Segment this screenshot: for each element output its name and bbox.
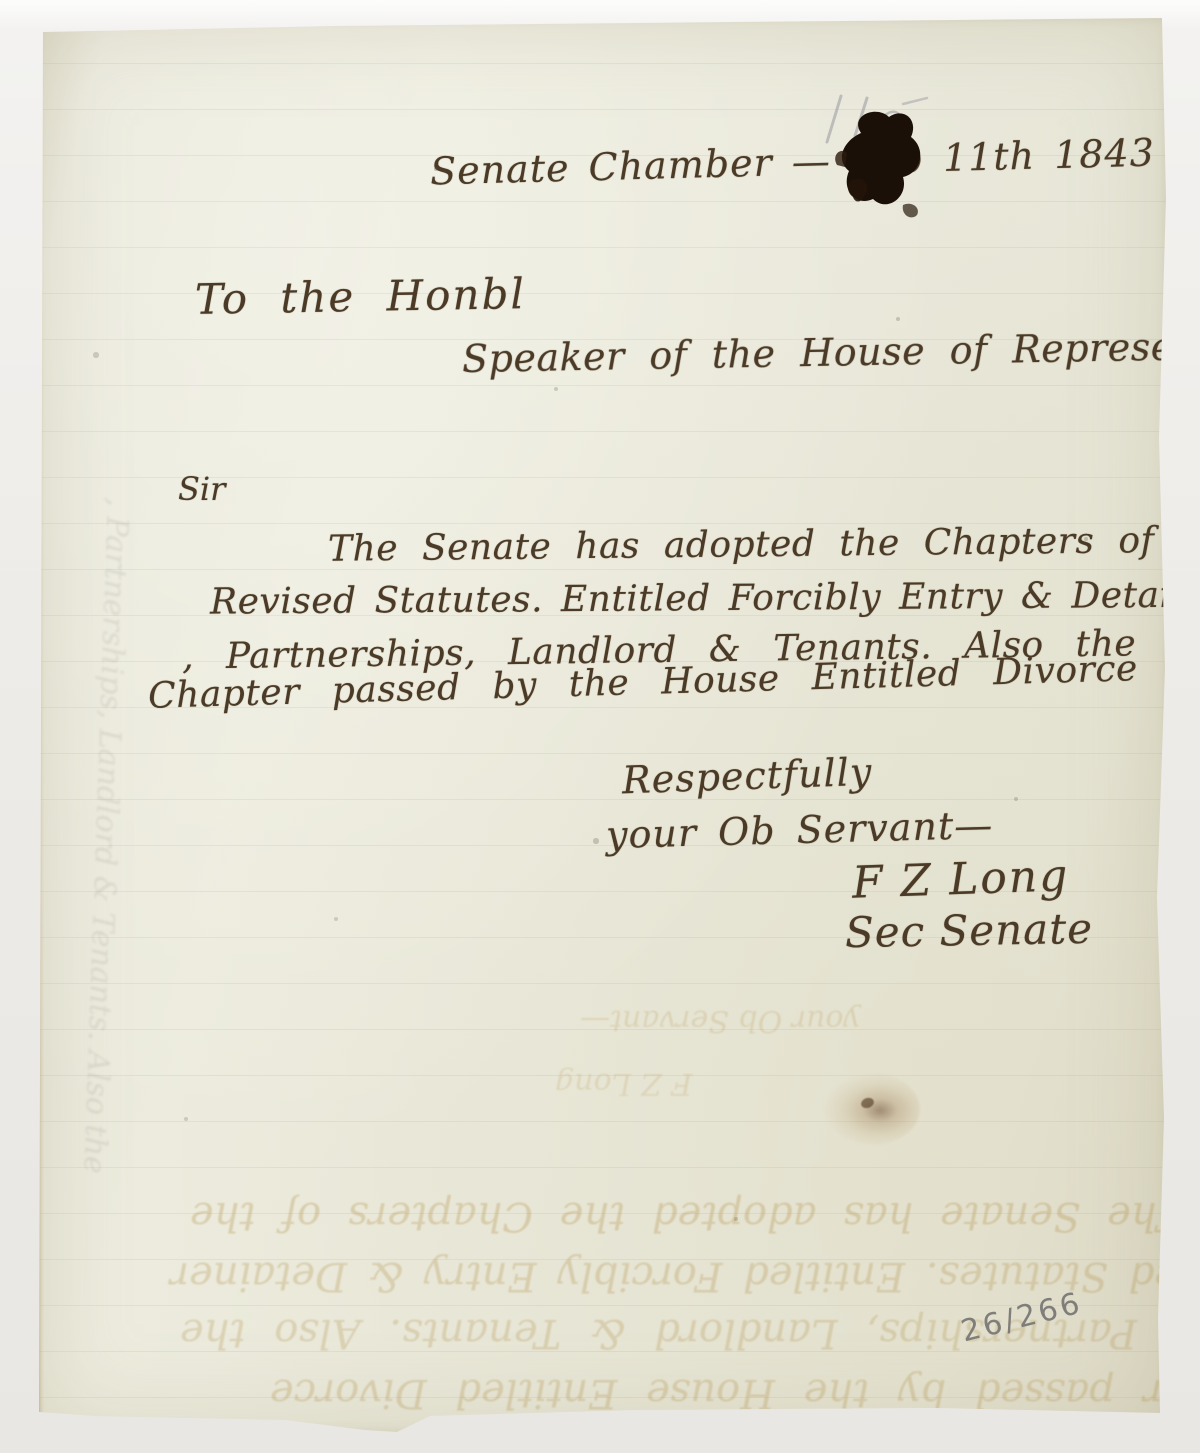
body-line: Revised Statutes. Entitled Forcibly Entr… <box>210 574 1200 622</box>
signature: F Z Long <box>851 850 1070 909</box>
bleedthrough-line: Chapter passed by the House Entitled Div… <box>270 1370 1200 1416</box>
addressee-title: Speaker of the House of Representa— <box>462 323 1200 381</box>
paper-specks <box>35 18 37 20</box>
closing-respectfully: Respectfully <box>621 750 873 803</box>
body-line: The Senate has adopted the Chapters of t… <box>328 519 1200 570</box>
bleedthrough-line: The Senate has adopted the Chapters of t… <box>190 1193 1183 1239</box>
scan-background: The Senate has adopted the Chapters of t… <box>0 0 1200 1453</box>
bleedthrough-line: F Z Long <box>555 1066 692 1101</box>
salutation: Sir <box>178 470 225 508</box>
bleedthrough-line: Revised Statutes. Entitled Forcibly Entr… <box>170 1253 1200 1299</box>
paper-stain <box>825 1073 920 1145</box>
ink-blot <box>833 105 928 225</box>
closing-servant: your Ob Servant— <box>605 803 993 857</box>
signature-title: Sec Senate <box>845 904 1094 957</box>
addressee-honorific: To the Honbl <box>195 269 527 324</box>
paper-binding-edge <box>35 18 44 1432</box>
letter-page: The Senate has adopted the Chapters of t… <box>35 18 1166 1432</box>
bleedthrough-line: your Ob Servant— <box>580 1003 860 1038</box>
dateline: Senate Chamber — Feb 11th 1843 <box>430 131 1156 194</box>
bleedthrough-vertical-text: , Partnerships, Landlord & Tenants. Also… <box>85 497 135 938</box>
